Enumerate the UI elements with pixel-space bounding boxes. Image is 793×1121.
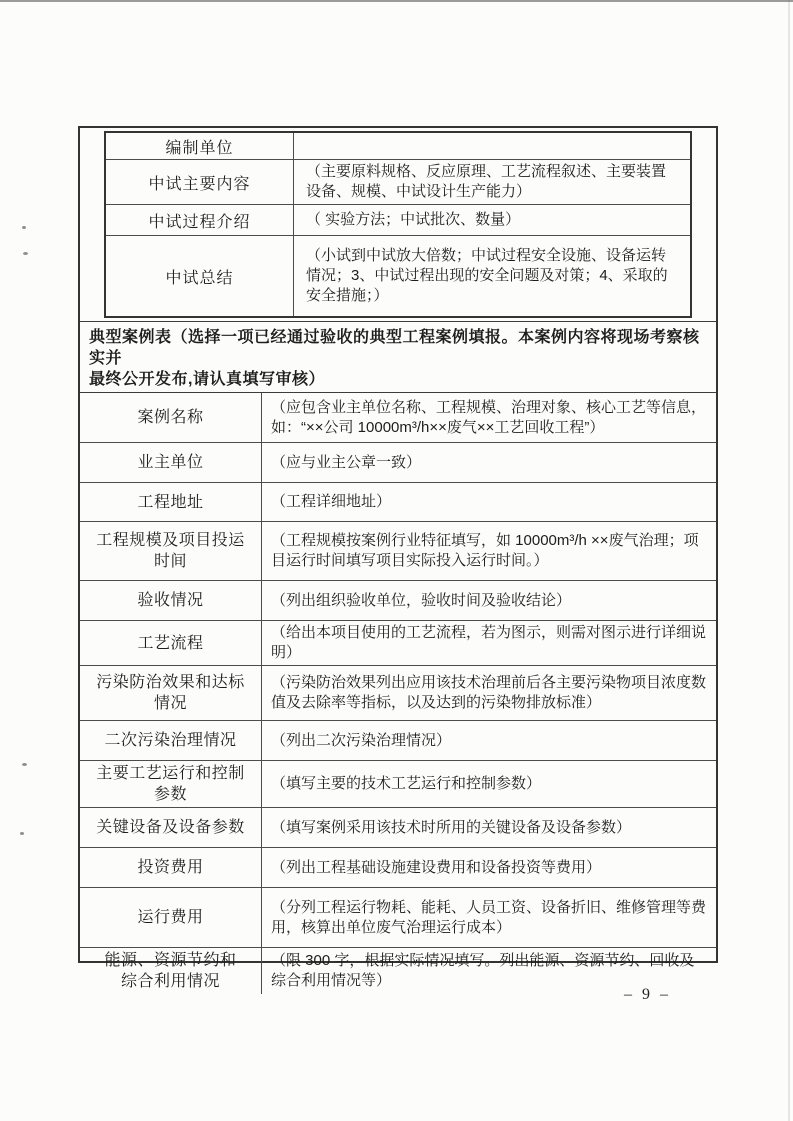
case-table-row: 污染防治效果和达标 情况 （污染防治效果列出应用该技术治理前后各主要污染物项目浓… [80,666,716,721]
case-table-row: 业主单位 （应与业主公章一致） [80,443,716,483]
case-content-cell: （给出本项目使用的工艺流程，若为图示，则需对图示进行详细说明） [262,621,716,665]
row-content-cell: （ 实验方法；中试批次、数量） [294,205,690,235]
pilot-table-row: 中试过程介绍 （ 实验方法；中试批次、数量） [106,204,690,235]
case-table-row: 二次污染治理情况 （列出二次污染治理情况） [80,721,716,761]
scan-speckle [22,226,26,229]
scan-speckle [20,832,24,835]
case-content-cell: （填写案例采用该技术时所用的关键设备及设备参数） [262,808,716,847]
case-content-cell: （列出组织验收单位，验收时间及验收结论） [262,581,716,620]
scan-top-edge-artifact [0,0,793,2]
pilot-table-row: 中试总结 （小试到中试放大倍数；中试过程安全设施、设备运转情况；3、中试过程出现… [106,235,690,316]
row-label-cell: 中试总结 [106,236,294,316]
case-table-row: 主要工艺运行和控制 参数 （填写主要的技术工艺运行和控制参数） [80,761,716,808]
case-content-cell: （列出工程基础设施建设费用和设备投资等费用） [262,848,716,887]
case-label-cell: 主要工艺运行和控制 参数 [80,761,262,807]
row-content-cell: （小试到中试放大倍数；中试过程安全设施、设备运转情况；3、中试过程出现的安全问题… [294,236,690,316]
scan-speckle [22,763,27,766]
case-table-row: 验收情况 （列出组织验收单位，验收时间及验收结论） [80,581,716,621]
document-page: 编制单位 中试主要内容 （主要原料规格、反应原理、工艺流程叙述、主要装置设备、规… [0,0,793,1121]
case-content-cell: （应包含业主单位名称、工程规模、治理对象、核心工艺等信息，如：“××公司 100… [262,393,716,442]
case-label-cell: 业主单位 [80,443,262,482]
case-label-cell: 工艺流程 [80,621,262,665]
row-label-cell: 中试主要内容 [106,160,294,204]
pilot-table-row: 中试主要内容 （主要原料规格、反应原理、工艺流程叙述、主要装置设备、规模、中试设… [106,159,690,204]
case-table-row: 案例名称 （应包含业主单位名称、工程规模、治理对象、核心工艺等信息，如：“××公… [80,393,716,443]
case-content-cell: （填写主要的技术工艺运行和控制参数） [262,761,716,807]
row-content-cell [294,133,690,159]
report-form-container: 编制单位 中试主要内容 （主要原料规格、反应原理、工艺流程叙述、主要装置设备、规… [78,126,718,963]
case-content-cell: （应与业主公章一致） [262,443,716,482]
row-label-cell: 编制单位 [106,133,294,159]
case-table-row: 运行费用 （分列工程运行物耗、能耗、人员工资、设备折旧、维修管理等费用，核算出单… [80,888,716,948]
scan-speckle [23,252,28,255]
case-table-row: 工程地址 （工程详细地址） [80,483,716,522]
case-label-cell: 验收情况 [80,581,262,620]
case-table-title: 典型案例表（选择一项已经通过验收的典型工程案例填报。本案例内容将现场考察核实并 … [80,322,716,393]
case-label-cell: 投资费用 [80,848,262,887]
row-label-cell: 中试过程介绍 [106,205,294,235]
case-content-cell: （工程规模按案例行业特征填写，如 10000m³/h ××废气治理；项目运行时间… [262,522,716,580]
case-table-row: 关键设备及设备参数 （填写案例采用该技术时所用的关键设备及设备参数） [80,808,716,848]
case-label-cell: 运行费用 [80,888,262,947]
pilot-test-table: 编制单位 中试主要内容 （主要原料规格、反应原理、工艺流程叙述、主要装置设备、规… [104,131,692,318]
case-table-row: 工程规模及项目投运 时间 （工程规模按案例行业特征填写，如 10000m³/h … [80,522,716,581]
pilot-test-section: 编制单位 中试主要内容 （主要原料规格、反应原理、工艺流程叙述、主要装置设备、规… [80,128,716,322]
typical-case-table: 案例名称 （应包含业主单位名称、工程规模、治理对象、核心工艺等信息，如：“××公… [80,393,716,994]
case-table-row: 投资费用 （列出工程基础设施建设费用和设备投资等费用） [80,848,716,888]
case-label-cell: 工程规模及项目投运 时间 [80,522,262,580]
case-label-cell: 能源、资源节约和 综合利用情况 [80,948,262,994]
case-table-row: 能源、资源节约和 综合利用情况 （限 300 字，根据实际情况填写。列出能源、资… [80,948,716,994]
case-content-cell: （污染防治效果列出应用该技术治理前后各主要污染物项目浓度数值及去除率等指标，以及… [262,666,716,720]
case-content-cell: （列出二次污染治理情况） [262,721,716,760]
case-label-cell: 关键设备及设备参数 [80,808,262,847]
page-number: – 9 – [624,986,671,1004]
case-table-row: 工艺流程 （给出本项目使用的工艺流程，若为图示，则需对图示进行详细说明） [80,621,716,666]
case-label-cell: 案例名称 [80,393,262,442]
case-content-cell: （工程详细地址） [262,483,716,521]
pilot-table-row: 编制单位 [106,133,690,159]
scan-right-edge-artifact [788,0,790,1121]
row-content-cell: （主要原料规格、反应原理、工艺流程叙述、主要装置设备、规模、中试设计生产能力） [294,160,690,204]
case-content-cell: （分列工程运行物耗、能耗、人员工资、设备折旧、维修管理等费用，核算出单位废气治理… [262,888,716,947]
case-label-cell: 二次污染治理情况 [80,721,262,760]
case-label-cell: 工程地址 [80,483,262,521]
case-label-cell: 污染防治效果和达标 情况 [80,666,262,720]
